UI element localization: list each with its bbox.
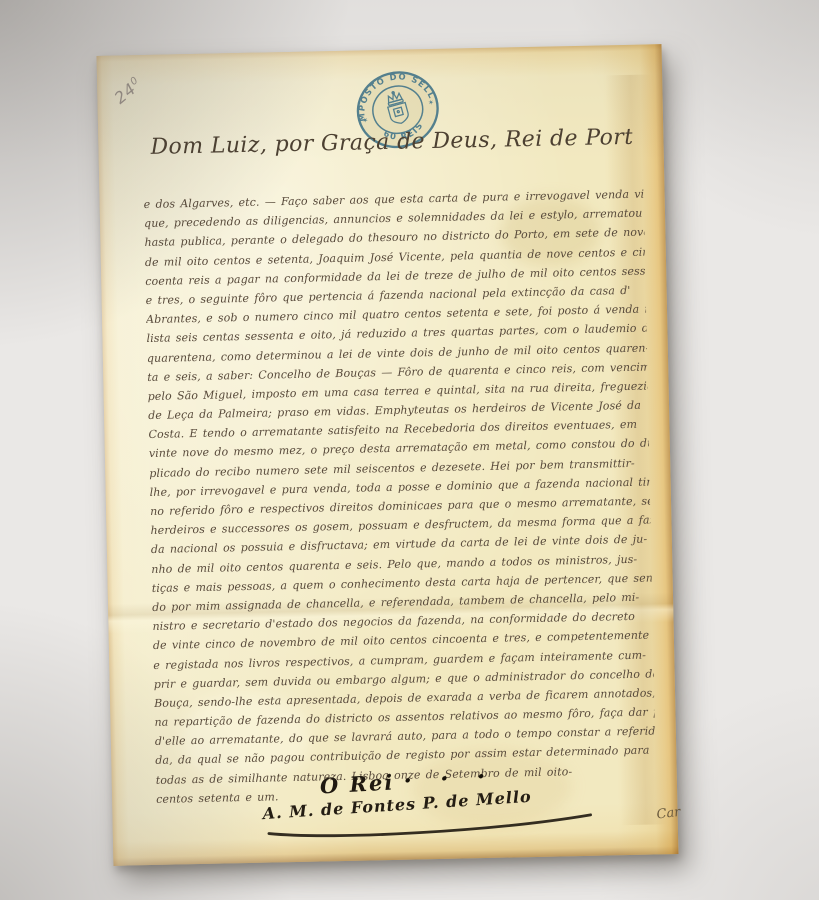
document-body: e dos Algarves, etc. — Faço saber aos qu… [144, 185, 657, 809]
royal-signature-text: O Rei [319, 769, 395, 798]
pencil-archive-number: 240 [111, 74, 146, 108]
photograph-background: 240 IMPOSTO DO SELLO 60 REIS ✶ [0, 0, 819, 900]
signature-flourish [261, 808, 602, 843]
catchword: Car [656, 805, 682, 823]
document-paper: 240 IMPOSTO DO SELLO 60 REIS ✶ [97, 44, 679, 866]
document-heading: Dom Luiz, por Graça de Deus, Rei de Port… [150, 125, 632, 160]
